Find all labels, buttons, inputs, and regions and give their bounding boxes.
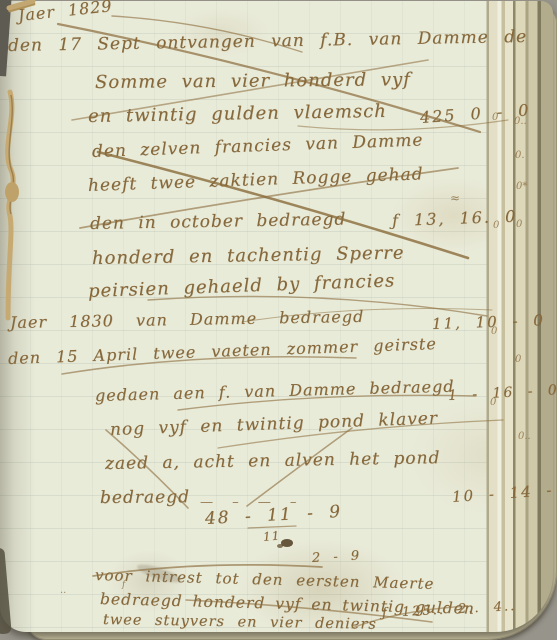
stray-dots: .. [60,585,66,596]
fore-edge-mark: 0.. [514,116,527,127]
line-year-1829: Jaer 1829 [17,0,113,25]
line-somme: Somme van vier honderd vyf [95,69,411,93]
fore-edge-mark: 0 [493,220,499,231]
line-tachentig: honderd en tachentig Sperre [92,243,405,269]
line-vlaemsch: en twintig gulden vlaemsch [88,101,387,127]
line-gedaen: gedaen aen f. van Damme bedraegd [95,377,455,405]
line-den-zelven: den zelven francies van Damme [92,130,424,162]
fore-edge-mark: 0 [515,354,521,365]
line-stuyvers: twee stuyvers en vier deniers [103,612,377,633]
amount-11-10-0: 11, 10 - 0 [432,311,545,333]
handwriting-layer: Jaer 1829 den 17 Sept ontvangen van f.B.… [0,0,557,640]
fore-edge-mark: 0 [492,112,498,123]
line-peirsien: peirsien gehaeld by francies [88,270,396,302]
ink-blot [281,539,293,547]
stray-approx-mark: ≈ [450,191,460,205]
line-rogge: heeft twee zaktien Rogge gehad [88,164,424,196]
manuscript-photo: Jaer 1829 den 17 Sept ontvangen van f.B.… [0,0,557,640]
amount-10-14-6: 10 - 14 - 6 [451,479,557,506]
line-october: den in october bedraegd [90,210,347,234]
fore-edge-mark: 0 [516,219,522,230]
stray-small-f: f [122,580,125,590]
line-klaver: nog vyf en twintig pond klaver [110,409,439,440]
fore-edge-mark: 0 [490,397,496,408]
line-bedraegd: bedraegd [100,487,190,508]
line-15-april: den 15 April twee vaeten zommer geirste [8,334,437,368]
amount-1-16-0: 1 - 16 - 0 [448,382,557,404]
fore-edge-mark: 0 [491,326,497,337]
line-zaed: zaed a, acht en alven het pond [105,448,441,474]
fore-edge-mark: 0. [515,150,525,161]
ink-blot-small [277,544,283,548]
line-entry-17-sept: den 17 Sept ontvangen van f.B. van Damme… [8,27,527,56]
sum-2-9: 2 - 9 [312,548,361,566]
fore-edge-mark: 0* [516,181,527,192]
sum-carry-11: 11 [262,529,280,544]
line-year-1830: Jaer 1830 van Damme bedraegd [10,307,365,332]
fore-edge-mark: 0.. [518,431,531,442]
